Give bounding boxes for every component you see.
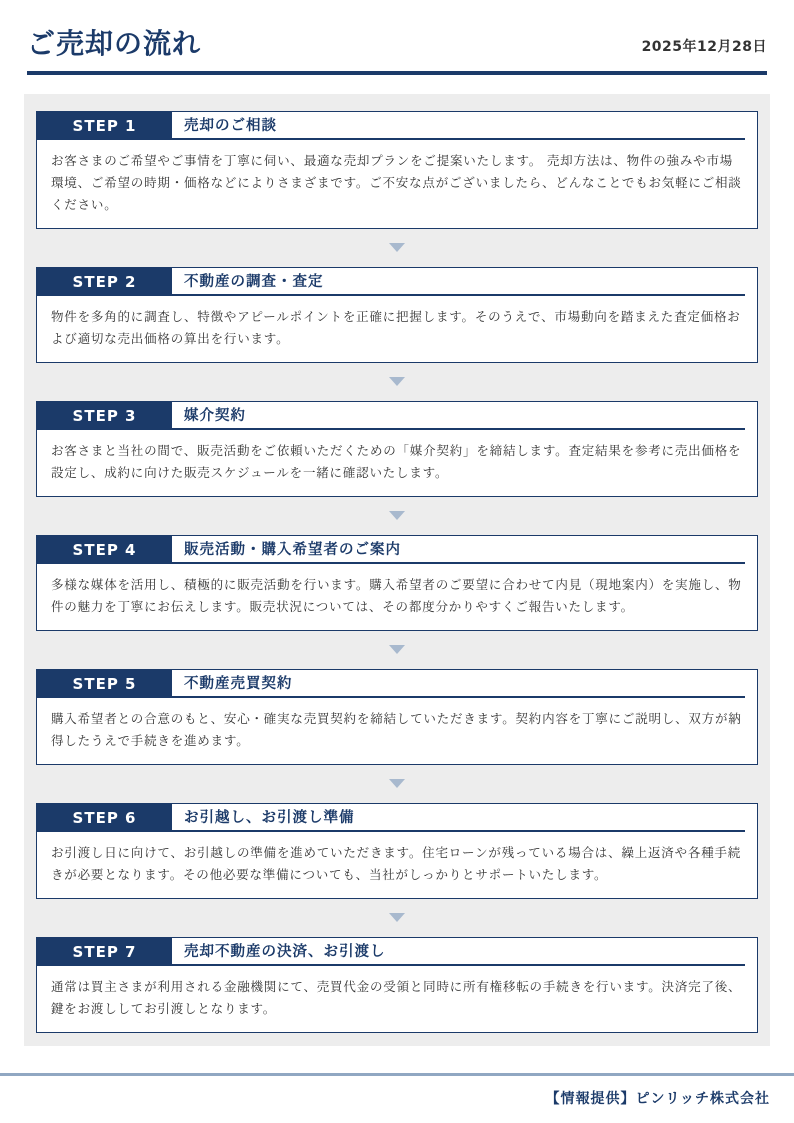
step-description: お引渡し日に向けて、お引越しの準備を進めていただきます。住宅ローンが残っている場…: [37, 832, 757, 898]
header-divider: [27, 71, 767, 75]
step-description: 購入希望者との合意のもと、安心・確実な売買契約を締結していただきます。契約内容を…: [37, 698, 757, 764]
step-number-badge: STEP 6: [37, 804, 172, 832]
step-title: 販売活動・購入希望者のご案内: [172, 536, 745, 564]
step-card: STEP 1 売却のご相談 お客さまのご希望やご事情を丁寧に伺い、最適な売却プラ…: [36, 111, 758, 267]
step-description: 通常は買主さまが利用される金融機関にて、売買代金の受領と同時に所有権移転の手続き…: [37, 966, 757, 1032]
step-card: STEP 6 お引越し、お引渡し準備 お引渡し日に向けて、お引越しの準備を進めて…: [36, 803, 758, 937]
step-header: STEP 6 お引越し、お引渡し準備: [37, 804, 757, 832]
step-number-badge: STEP 1: [37, 112, 172, 140]
date-label: 2025年12月28日: [642, 36, 767, 61]
down-arrow-icon: [389, 377, 405, 386]
step-header: STEP 3 媒介契約: [37, 402, 757, 430]
down-arrow-icon: [389, 779, 405, 788]
arrow-row: [36, 631, 758, 669]
page: ご売却の流れ 2025年12月28日 STEP 1 売却のご相談 お客さまのご希…: [0, 0, 794, 1123]
step-description: 物件を多角的に調査し、特徴やアピールポイントを正確に把握します。そのうえで、市場…: [37, 296, 757, 362]
step-description: お客さまと当社の間で、販売活動をご依頼いただくための「媒介契約」を締結します。査…: [37, 430, 757, 496]
step-box: STEP 4 販売活動・購入希望者のご案内 多様な媒体を活用し、積極的に販売活動…: [36, 535, 758, 631]
down-arrow-icon: [389, 243, 405, 252]
down-arrow-icon: [389, 645, 405, 654]
step-box: STEP 5 不動産売買契約 購入希望者との合意のもと、安心・確実な売買契約を締…: [36, 669, 758, 765]
arrow-row: [36, 497, 758, 535]
step-description: 多様な媒体を活用し、積極的に販売活動を行います。購入希望者のご要望に合わせて内見…: [37, 564, 757, 630]
down-arrow-icon: [389, 913, 405, 922]
page-header: ご売却の流れ 2025年12月28日: [0, 0, 794, 75]
step-number-badge: STEP 3: [37, 402, 172, 430]
step-header: STEP 7 売却不動産の決済、お引渡し: [37, 938, 757, 966]
steps-container: STEP 1 売却のご相談 お客さまのご希望やご事情を丁寧に伺い、最適な売却プラ…: [24, 94, 770, 1046]
step-title: 売却不動産の決済、お引渡し: [172, 938, 745, 966]
footer-credit: 【情報提供】ピンリッチ株式会社: [24, 1088, 770, 1108]
step-number-badge: STEP 4: [37, 536, 172, 564]
step-header: STEP 4 販売活動・購入希望者のご案内: [37, 536, 757, 564]
arrow-row: [36, 363, 758, 401]
arrow-row: [36, 229, 758, 267]
step-number-badge: STEP 2: [37, 268, 172, 296]
step-title: 売却のご相談: [172, 112, 745, 140]
step-title: お引越し、お引渡し準備: [172, 804, 745, 832]
step-box: STEP 2 不動産の調査・査定 物件を多角的に調査し、特徴やアピールポイントを…: [36, 267, 758, 363]
arrow-row: [36, 765, 758, 803]
page-title: ご売却の流れ: [27, 27, 201, 61]
step-number-badge: STEP 7: [37, 938, 172, 966]
step-card: STEP 5 不動産売買契約 購入希望者との合意のもと、安心・確実な売買契約を締…: [36, 669, 758, 803]
step-card: STEP 7 売却不動産の決済、お引渡し 通常は買主さまが利用される金融機関にて…: [36, 937, 758, 1033]
step-box: STEP 3 媒介契約 お客さまと当社の間で、販売活動をご依頼いただくための「媒…: [36, 401, 758, 497]
down-arrow-icon: [389, 511, 405, 520]
step-box: STEP 6 お引越し、お引渡し準備 お引渡し日に向けて、お引越しの準備を進めて…: [36, 803, 758, 899]
step-box: STEP 1 売却のご相談 お客さまのご希望やご事情を丁寧に伺い、最適な売却プラ…: [36, 111, 758, 229]
arrow-row: [36, 899, 758, 937]
step-box: STEP 7 売却不動産の決済、お引渡し 通常は買主さまが利用される金融機関にて…: [36, 937, 758, 1033]
step-header: STEP 2 不動産の調査・査定: [37, 268, 757, 296]
page-footer: 【情報提供】ピンリッチ株式会社: [0, 1073, 794, 1123]
step-card: STEP 2 不動産の調査・査定 物件を多角的に調査し、特徴やアピールポイントを…: [36, 267, 758, 401]
step-header: STEP 5 不動産売買契約: [37, 670, 757, 698]
step-title: 不動産売買契約: [172, 670, 745, 698]
step-number-badge: STEP 5: [37, 670, 172, 698]
step-description: お客さまのご希望やご事情を丁寧に伺い、最適な売却プランをご提案いたします。 売却…: [37, 140, 757, 228]
step-title: 不動産の調査・査定: [172, 268, 745, 296]
step-card: STEP 4 販売活動・購入希望者のご案内 多様な媒体を活用し、積極的に販売活動…: [36, 535, 758, 669]
step-card: STEP 3 媒介契約 お客さまと当社の間で、販売活動をご依頼いただくための「媒…: [36, 401, 758, 535]
header-row: ご売却の流れ 2025年12月28日: [27, 27, 767, 61]
step-title: 媒介契約: [172, 402, 745, 430]
step-header: STEP 1 売却のご相談: [37, 112, 757, 140]
